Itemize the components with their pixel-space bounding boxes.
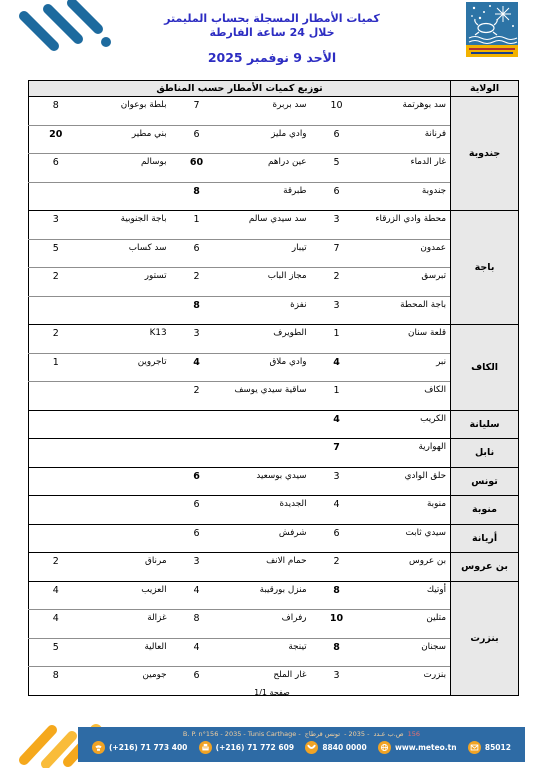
station-cell bbox=[83, 296, 171, 325]
value-cell: 2 bbox=[171, 382, 223, 411]
table-row: منوبةمنوبة4الجديدة6 bbox=[29, 496, 519, 525]
station-cell: سد سيدي سالم bbox=[223, 211, 311, 240]
value-cell: 6 bbox=[171, 496, 223, 525]
station-cell bbox=[83, 524, 171, 553]
value-cell: 4 bbox=[311, 496, 363, 525]
station-cell: العالية bbox=[83, 638, 171, 667]
value-cell: 8 bbox=[171, 296, 223, 325]
station-cell: تاجروين bbox=[83, 353, 171, 382]
station-cell: بوسالم bbox=[83, 154, 171, 183]
footer-address: B. P. n°156 - 2035 - Tunis Carthage - تو… bbox=[78, 727, 525, 738]
value-cell: 7 bbox=[311, 239, 363, 268]
address-city-arabic: تونس قرطاج bbox=[305, 730, 340, 738]
station-cell bbox=[223, 410, 311, 439]
value-cell: 8 bbox=[29, 97, 83, 126]
title-line-2: خلال 24 ساعة الفارطة bbox=[0, 26, 544, 40]
value-cell: 7 bbox=[171, 97, 223, 126]
value-cell: 8 bbox=[171, 182, 223, 211]
wilaya-header-cell: الولاية bbox=[451, 81, 519, 97]
value-cell: 3 bbox=[311, 211, 363, 240]
fax-icon bbox=[199, 741, 212, 754]
page-title: كميات الأمطار المسجلة بحساب المليمتر خلا… bbox=[0, 12, 544, 40]
value-cell: 6 bbox=[171, 524, 223, 553]
value-cell bbox=[29, 182, 83, 211]
table-row: متلين10رفراف8غزالة4 bbox=[29, 610, 519, 639]
station-cell bbox=[83, 382, 171, 411]
station-cell bbox=[83, 182, 171, 211]
station-cell: وادي ملاق bbox=[223, 353, 311, 382]
value-cell: 2 bbox=[29, 325, 83, 354]
wilaya-cell: منوبة bbox=[451, 496, 519, 525]
value-cell: 2 bbox=[171, 268, 223, 297]
value-cell: 6 bbox=[29, 154, 83, 183]
station-cell: غزالة bbox=[83, 610, 171, 639]
contact-callcenter: 8840 0000 bbox=[305, 741, 366, 754]
station-cell: قلعة سنان bbox=[363, 325, 451, 354]
value-cell: 10 bbox=[311, 610, 363, 639]
address-po-number: 156 bbox=[408, 730, 420, 738]
table-row: بن عروسبن عروس2حمام الانف3مرناق2 bbox=[29, 553, 519, 582]
value-cell: 6 bbox=[311, 182, 363, 211]
station-cell bbox=[83, 496, 171, 525]
value-cell: 4 bbox=[311, 410, 363, 439]
report-date: الأحد 9 نوفمبر 2025 bbox=[0, 50, 544, 65]
value-cell: 2 bbox=[29, 553, 83, 582]
value-cell: 5 bbox=[29, 239, 83, 268]
station-cell: العزيب bbox=[83, 581, 171, 610]
value-cell: 6 bbox=[311, 524, 363, 553]
value-cell bbox=[171, 410, 223, 439]
phone-icon bbox=[92, 741, 105, 754]
station-cell: جندوبة bbox=[363, 182, 451, 211]
wilaya-cell: سليانة bbox=[451, 410, 519, 439]
station-cell bbox=[83, 439, 171, 468]
handset-icon bbox=[305, 741, 318, 754]
station-cell: بن عروس bbox=[363, 553, 451, 582]
value-cell bbox=[171, 439, 223, 468]
station-cell: فرنانة bbox=[363, 125, 451, 154]
value-cell: 2 bbox=[29, 268, 83, 297]
table-row: جندوبة6طبرقة8 bbox=[29, 182, 519, 211]
rainfall-table-body: الولاية توزيع كميات الأمطار حسب المناطق … bbox=[29, 81, 519, 696]
address-latin: B. P. n°156 - 2035 - Tunis Carthage - bbox=[183, 730, 301, 738]
value-cell: 6 bbox=[171, 467, 223, 496]
value-cell: 1 bbox=[29, 353, 83, 382]
table-row: جندوبةسد بوهرتمة10سد بربرة7بلطة بوعوان8 bbox=[29, 97, 519, 126]
value-cell: 60 bbox=[171, 154, 223, 183]
value-cell: 3 bbox=[29, 211, 83, 240]
table-row: عمدون7تيبار6سد كساب5 bbox=[29, 239, 519, 268]
globe-icon bbox=[378, 741, 391, 754]
mail-icon bbox=[468, 741, 481, 754]
value-cell: 7 bbox=[311, 439, 363, 468]
table-row: نابلالهوارية7 bbox=[29, 439, 519, 468]
station-cell: الجديدة bbox=[223, 496, 311, 525]
value-cell: 1 bbox=[311, 382, 363, 411]
table-row: سليانةالكريب4 bbox=[29, 410, 519, 439]
table-row: أريانةسيدي ثابت6شرفش6 bbox=[29, 524, 519, 553]
wilaya-cell: أريانة bbox=[451, 524, 519, 553]
value-cell bbox=[29, 382, 83, 411]
station-cell: شرفش bbox=[223, 524, 311, 553]
value-cell: 4 bbox=[171, 638, 223, 667]
station-cell: رفراف bbox=[223, 610, 311, 639]
station-cell: سد بربرة bbox=[223, 97, 311, 126]
station-cell: سجنان bbox=[363, 638, 451, 667]
contact-website-url: www.meteo.tn bbox=[395, 743, 457, 752]
table-row: تبرسق2مجاز الباب2تستور2 bbox=[29, 268, 519, 297]
station-cell: بني مطير bbox=[83, 125, 171, 154]
value-cell bbox=[29, 439, 83, 468]
value-cell: 5 bbox=[311, 154, 363, 183]
station-cell bbox=[83, 410, 171, 439]
value-cell: 5 bbox=[29, 638, 83, 667]
contact-callcenter-number: 8840 0000 bbox=[322, 743, 366, 752]
table-row: الكاف1ساقية سيدي يوسف2 bbox=[29, 382, 519, 411]
value-cell: 4 bbox=[29, 581, 83, 610]
contact-fax: (+216) 71 772 609 bbox=[199, 741, 294, 754]
value-cell: 3 bbox=[171, 325, 223, 354]
station-cell: الكاف bbox=[363, 382, 451, 411]
wilaya-cell: نابل bbox=[451, 439, 519, 468]
wilaya-cell: باجة bbox=[451, 211, 519, 325]
value-cell: 4 bbox=[171, 353, 223, 382]
value-cell bbox=[29, 467, 83, 496]
table-row: باجة المحطة3نفزة8 bbox=[29, 296, 519, 325]
address-mid: - 2035 - bbox=[344, 730, 369, 738]
contact-phone-number: (+216) 71 773 400 bbox=[109, 743, 187, 752]
station-cell: سيدي ثابت bbox=[363, 524, 451, 553]
wilaya-cell: جندوبة bbox=[451, 97, 519, 211]
station-cell: بلطة بوعوان bbox=[83, 97, 171, 126]
station-cell: منوبة bbox=[363, 496, 451, 525]
station-cell: باجة الجنوبية bbox=[83, 211, 171, 240]
value-cell: 6 bbox=[311, 125, 363, 154]
station-cell: عمدون bbox=[363, 239, 451, 268]
station-cell: تستور bbox=[83, 268, 171, 297]
station-cell bbox=[83, 467, 171, 496]
value-cell: 2 bbox=[311, 268, 363, 297]
station-cell: نبر bbox=[363, 353, 451, 382]
contact-phone: (+216) 71 773 400 bbox=[92, 741, 187, 754]
main-header-cell: توزيع كميات الأمطار حسب المناطق bbox=[29, 81, 451, 97]
value-cell bbox=[29, 410, 83, 439]
station-cell: الهوارية bbox=[363, 439, 451, 468]
value-cell: 1 bbox=[311, 325, 363, 354]
value-cell: 1 bbox=[171, 211, 223, 240]
value-cell: 20 bbox=[29, 125, 83, 154]
value-cell: 2 bbox=[311, 553, 363, 582]
footer-bar: B. P. n°156 - 2035 - Tunis Carthage - تو… bbox=[78, 727, 525, 762]
wilaya-cell: بنزرت bbox=[451, 581, 519, 695]
station-cell: سد كساب bbox=[83, 239, 171, 268]
page-number: صفحة 1/1 bbox=[0, 688, 544, 697]
footer-contacts: (+216) 71 773 400 (+216) 71 772 609 8840… bbox=[78, 738, 525, 754]
table-row: باجةمحطة وادي الزرقاء3سد سيدي سالم1باجة … bbox=[29, 211, 519, 240]
value-cell: 8 bbox=[311, 581, 363, 610]
station-cell: متلين bbox=[363, 610, 451, 639]
rainfall-table: الولاية توزيع كميات الأمطار حسب المناطق … bbox=[28, 80, 519, 696]
wilaya-cell: بن عروس bbox=[451, 553, 519, 582]
station-cell: أوتيك bbox=[363, 581, 451, 610]
title-line-1: كميات الأمطار المسجلة بحساب المليمتر bbox=[0, 12, 544, 26]
wilaya-cell: الكاف bbox=[451, 325, 519, 411]
table-row: بنزرتأوتيك8منزل بورقيبة4العزيب4 bbox=[29, 581, 519, 610]
value-cell bbox=[29, 496, 83, 525]
table-row: سجنان8تينجة4العالية5 bbox=[29, 638, 519, 667]
contact-sms-number: 85012 bbox=[485, 743, 511, 752]
station-cell: محطة وادي الزرقاء bbox=[363, 211, 451, 240]
station-cell: حمام الانف bbox=[223, 553, 311, 582]
table-header-row: الولاية توزيع كميات الأمطار حسب المناطق bbox=[29, 81, 519, 97]
station-cell bbox=[223, 439, 311, 468]
station-cell: تيبار bbox=[223, 239, 311, 268]
station-cell: سيدي بوسعيد bbox=[223, 467, 311, 496]
station-cell: الكريب bbox=[363, 410, 451, 439]
value-cell: 6 bbox=[171, 125, 223, 154]
value-cell: 4 bbox=[311, 353, 363, 382]
station-cell: نفزة bbox=[223, 296, 311, 325]
value-cell: 8 bbox=[311, 638, 363, 667]
value-cell: 3 bbox=[311, 296, 363, 325]
station-cell: منزل بورقيبة bbox=[223, 581, 311, 610]
table-row: غار الدماء5عين دراهم60بوسالم6 bbox=[29, 154, 519, 183]
station-cell: ساقية سيدي يوسف bbox=[223, 382, 311, 411]
table-row: الكافقلعة سنان1الطويرف3K132 bbox=[29, 325, 519, 354]
station-cell: باجة المحطة bbox=[363, 296, 451, 325]
station-cell: تينجة bbox=[223, 638, 311, 667]
value-cell: 3 bbox=[171, 553, 223, 582]
contact-fax-number: (+216) 71 772 609 bbox=[216, 743, 294, 752]
station-cell: K13 bbox=[83, 325, 171, 354]
document-page: كميات الأمطار المسجلة بحساب المليمتر خلا… bbox=[0, 0, 544, 770]
rainfall-table-wrap: الولاية توزيع كميات الأمطار حسب المناطق … bbox=[28, 80, 518, 696]
value-cell: 3 bbox=[311, 467, 363, 496]
address-po-arabic: ص.ب عـدد bbox=[373, 730, 403, 738]
station-cell: مجاز الباب bbox=[223, 268, 311, 297]
station-cell: وادي مليز bbox=[223, 125, 311, 154]
contact-website: www.meteo.tn bbox=[378, 741, 457, 754]
table-row: نبر4وادي ملاق4تاجروين1 bbox=[29, 353, 519, 382]
station-cell: حلق الوادي bbox=[363, 467, 451, 496]
value-cell: 4 bbox=[171, 581, 223, 610]
station-cell: عين دراهم bbox=[223, 154, 311, 183]
station-cell: الطويرف bbox=[223, 325, 311, 354]
value-cell: 6 bbox=[171, 239, 223, 268]
station-cell: تبرسق bbox=[363, 268, 451, 297]
station-cell: سد بوهرتمة bbox=[363, 97, 451, 126]
contact-sms: 85012 bbox=[468, 741, 511, 754]
value-cell: 8 bbox=[171, 610, 223, 639]
value-cell: 4 bbox=[29, 610, 83, 639]
table-row: تونسحلق الوادي3سيدي بوسعيد6 bbox=[29, 467, 519, 496]
station-cell: طبرقة bbox=[223, 182, 311, 211]
station-cell: مرناق bbox=[83, 553, 171, 582]
table-row: فرنانة6وادي مليز6بني مطير20 bbox=[29, 125, 519, 154]
value-cell: 10 bbox=[311, 97, 363, 126]
wilaya-cell: تونس bbox=[451, 467, 519, 496]
value-cell bbox=[29, 296, 83, 325]
station-cell: غار الدماء bbox=[363, 154, 451, 183]
value-cell bbox=[29, 524, 83, 553]
